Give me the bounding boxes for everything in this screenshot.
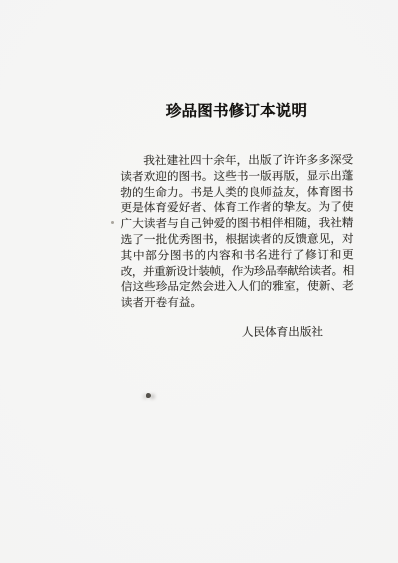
body-line: 选了一批优秀图书，根据读者的反馈意见，对 xyxy=(121,231,354,248)
ink-speck-small xyxy=(111,221,114,224)
body-line: 改，并重新设计装帧，作为珍品奉献给读者。相 xyxy=(121,263,354,280)
body-line: 更是体育爱好者、体育工作者的挚友。为了使 xyxy=(120,200,353,217)
ink-speck xyxy=(146,393,151,398)
body-line: 我社建社四十余年，出版了许许多多深受 xyxy=(120,152,353,169)
publisher-signature: 人民体育出版社 xyxy=(121,324,354,341)
body-line: 读者欢迎的图书。这些书一版再版，显示出蓬 xyxy=(120,168,353,185)
body-line: 其中部分图书的内容和书名进行了修订和更 xyxy=(121,247,354,264)
body-line: 信这些珍品定然会进入人们的雅室，使新、老 xyxy=(121,279,354,296)
body-line: 广大读者与自己钟爱的图书相伴相随，我社精 xyxy=(120,216,353,233)
body-line: 读者开卷有益。 xyxy=(121,295,354,312)
body-line: 勃的生命力。书是人类的良师益友，体育图书 xyxy=(120,184,353,201)
page-title: 珍品图书修订本说明 xyxy=(120,102,353,121)
text-block: 珍品图书修订本说明 我社建社四十余年，出版了许许多多深受 读者欢迎的图书。这些书… xyxy=(120,102,354,341)
scanned-book-page: 珍品图书修订本说明 我社建社四十余年，出版了许许多多深受 读者欢迎的图书。这些书… xyxy=(0,0,398,563)
body-paragraph: 我社建社四十余年，出版了许许多多深受 读者欢迎的图书。这些书一版再版，显示出蓬 … xyxy=(120,152,354,311)
